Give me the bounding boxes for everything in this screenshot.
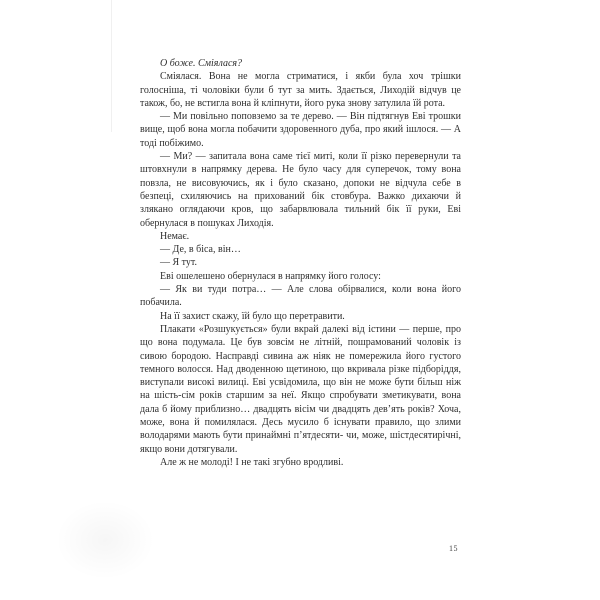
paragraph: О боже. Сміялася?	[140, 57, 461, 70]
scan-artifact-smudge	[55, 500, 155, 580]
paragraph: Але ж не молоді! І не такі згубно вродли…	[140, 456, 461, 469]
paragraph: — Ми повільно поповземо за те дерево. — …	[140, 110, 461, 150]
text-block: О боже. Сміялася?Сміялася. Вона не могла…	[140, 57, 461, 469]
paragraph: Сміялася. Вона не могла стриматися, і як…	[140, 70, 461, 110]
paragraph: — Я тут.	[140, 256, 461, 269]
scan-artifact-line	[111, 0, 112, 132]
paragraph: — Як ви туди потра… — Але слова обірвали…	[140, 283, 461, 310]
paragraph: На її захист скажу, їй було що перетрави…	[140, 310, 461, 323]
paragraph: — Ми? — запитала вона саме тієї миті, ко…	[140, 150, 461, 230]
book-page: О боже. Сміялася?Сміялася. Вона не могла…	[0, 0, 600, 600]
paragraph: Плакати «Розшукується» були вкрай далекі…	[140, 323, 461, 456]
paragraph: — Де, в біса, він…	[140, 243, 461, 256]
paragraph: Немає.	[140, 230, 461, 243]
page-number: 15	[140, 544, 458, 553]
paragraph: Еві ошелешено обернулася в напрямку його…	[140, 270, 461, 283]
